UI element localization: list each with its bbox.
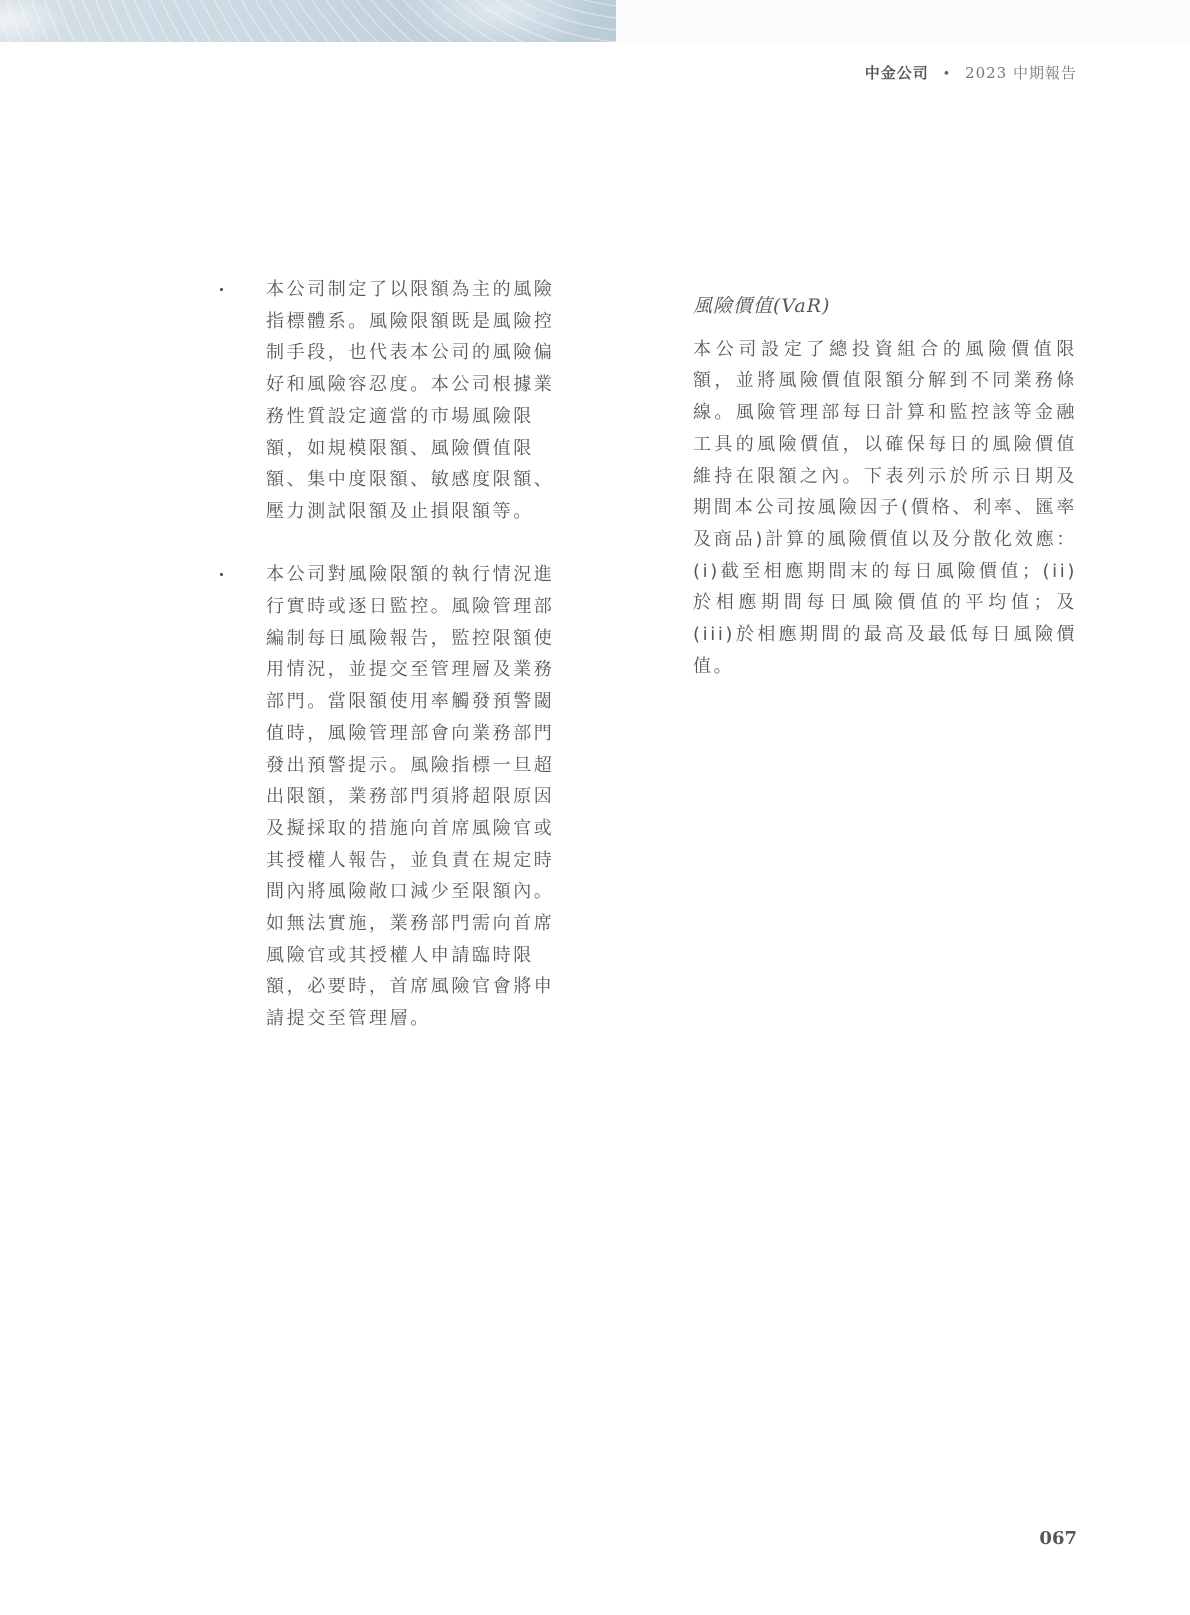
bullet-item: 本公司對風險限額的執行情況進行實時或逐日監控。風險管理部編制每日風險報告，監控限… bbox=[220, 559, 562, 1035]
company-name: 中金公司 bbox=[865, 64, 929, 82]
left-column: 本公司制定了以限額為主的風險指標體系。風險限額既是風險控制手段，也代表本公司的風… bbox=[220, 274, 562, 1067]
section-paragraph: 本公司設定了總投資組合的風險價值限額，並將風險價值限額分解到不同業務條線。風險管… bbox=[693, 334, 1077, 683]
bullet-icon bbox=[220, 573, 223, 576]
right-column: 風險價值(VaR) 本公司設定了總投資組合的風險價值限額，並將風險價值限額分解到… bbox=[693, 274, 1077, 683]
report-title: 2023 中期報告 bbox=[965, 64, 1077, 82]
running-head: 中金公司 • 2023 中期報告 bbox=[865, 62, 1077, 83]
bullet-text: 本公司對風險限額的執行情況進行實時或逐日監控。風險管理部編制每日風險報告，監控限… bbox=[266, 559, 562, 1035]
header-banner-image bbox=[0, 0, 616, 42]
bullet-text: 本公司制定了以限額為主的風險指標體系。風險限額既是風險控制手段，也代表本公司的風… bbox=[266, 274, 562, 528]
page-number: 067 bbox=[1039, 1528, 1077, 1549]
bullet-item: 本公司制定了以限額為主的風險指標體系。風險限額既是風險控制手段，也代表本公司的風… bbox=[220, 274, 562, 528]
separator-dot: • bbox=[943, 67, 952, 82]
bullet-icon bbox=[220, 288, 223, 291]
section-title: 風險價值(VaR) bbox=[693, 290, 1077, 322]
